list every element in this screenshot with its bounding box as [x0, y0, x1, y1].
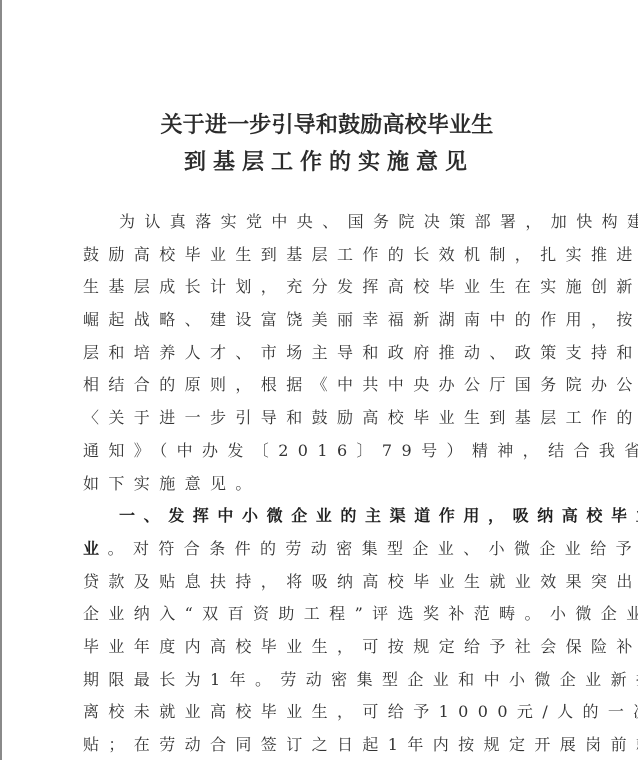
- section-1-line: 毕业年度内高校毕业生，可按规定给予社会保险补贴，补贴: [83, 631, 573, 664]
- section-1-line: 业。对符合条件的劳动密集型企业、小微企业给予创业担保: [83, 533, 573, 566]
- section-1-line: 贷款及贴息扶持，将吸纳高校毕业生就业效果突出的中小微: [83, 566, 573, 599]
- section-1-heading-text: 一、发挥中小微企业的主渠道作用，吸纳高校毕业生就: [119, 506, 638, 525]
- section-1-line: 离校未就业高校毕业生，可给予1000元/人的一次性岗位补: [83, 696, 573, 729]
- section-1-line: 贴；在劳动合同签订之日起1年内按规定开展岗前就业技能: [83, 729, 573, 760]
- section-1-text: 。对符合条件的劳动密集型企业、小微企业给予创业担保: [108, 539, 638, 558]
- section-1-heading: 一、发挥中小微企业的主渠道作用，吸纳高校毕业生就: [83, 500, 573, 533]
- intro-line: 层和培养人才、市场主导和政府推动、政策支持和完善服务: [83, 337, 573, 370]
- document-body: 为认真落实党中央、国务院决策部署，加快构建引导和 鼓励高校毕业生到基层工作的长效…: [83, 206, 573, 760]
- intro-line: 鼓励高校毕业生到基层工作的长效机制，扎实推进高校毕业: [83, 239, 573, 272]
- section-1-line: 期限最长为1年。劳动密集型企业和中小微企业新招用应届: [83, 664, 573, 697]
- intro-line: 为认真落实党中央、国务院决策部署，加快构建引导和: [83, 206, 573, 239]
- intro-line: 通知》（中办发〔2016〕79号）精神，结合我省实际，提出: [83, 435, 573, 468]
- document-title-line-2: 到基层工作的实施意见: [0, 145, 638, 176]
- intro-line: 相结合的原则，根据《中共中央办公厅国务院办公厅印发: [83, 369, 573, 402]
- intro-line: 崛起战略、建设富饶美丽幸福新湖南中的作用，按照服务基: [83, 304, 573, 337]
- intro-line: 〈关于进一步引导和鼓励高校毕业生到基层工作的意见〉的: [83, 402, 573, 435]
- section-1-heading-tail: 业: [83, 539, 108, 558]
- intro-line: 生基层成长计划，充分发挥高校毕业生在实施创新引领开放: [83, 271, 573, 304]
- document-page: 关于进一步引导和鼓励高校毕业生 到基层工作的实施意见 为认真落实党中央、国务院决…: [0, 0, 638, 760]
- document-title-line-1: 关于进一步引导和鼓励高校毕业生: [0, 108, 638, 139]
- intro-line: 如下实施意见。: [83, 468, 573, 501]
- section-1-line: 企业纳入“双百资助工程”评选奖补范畴。小微企业新招用: [83, 598, 573, 631]
